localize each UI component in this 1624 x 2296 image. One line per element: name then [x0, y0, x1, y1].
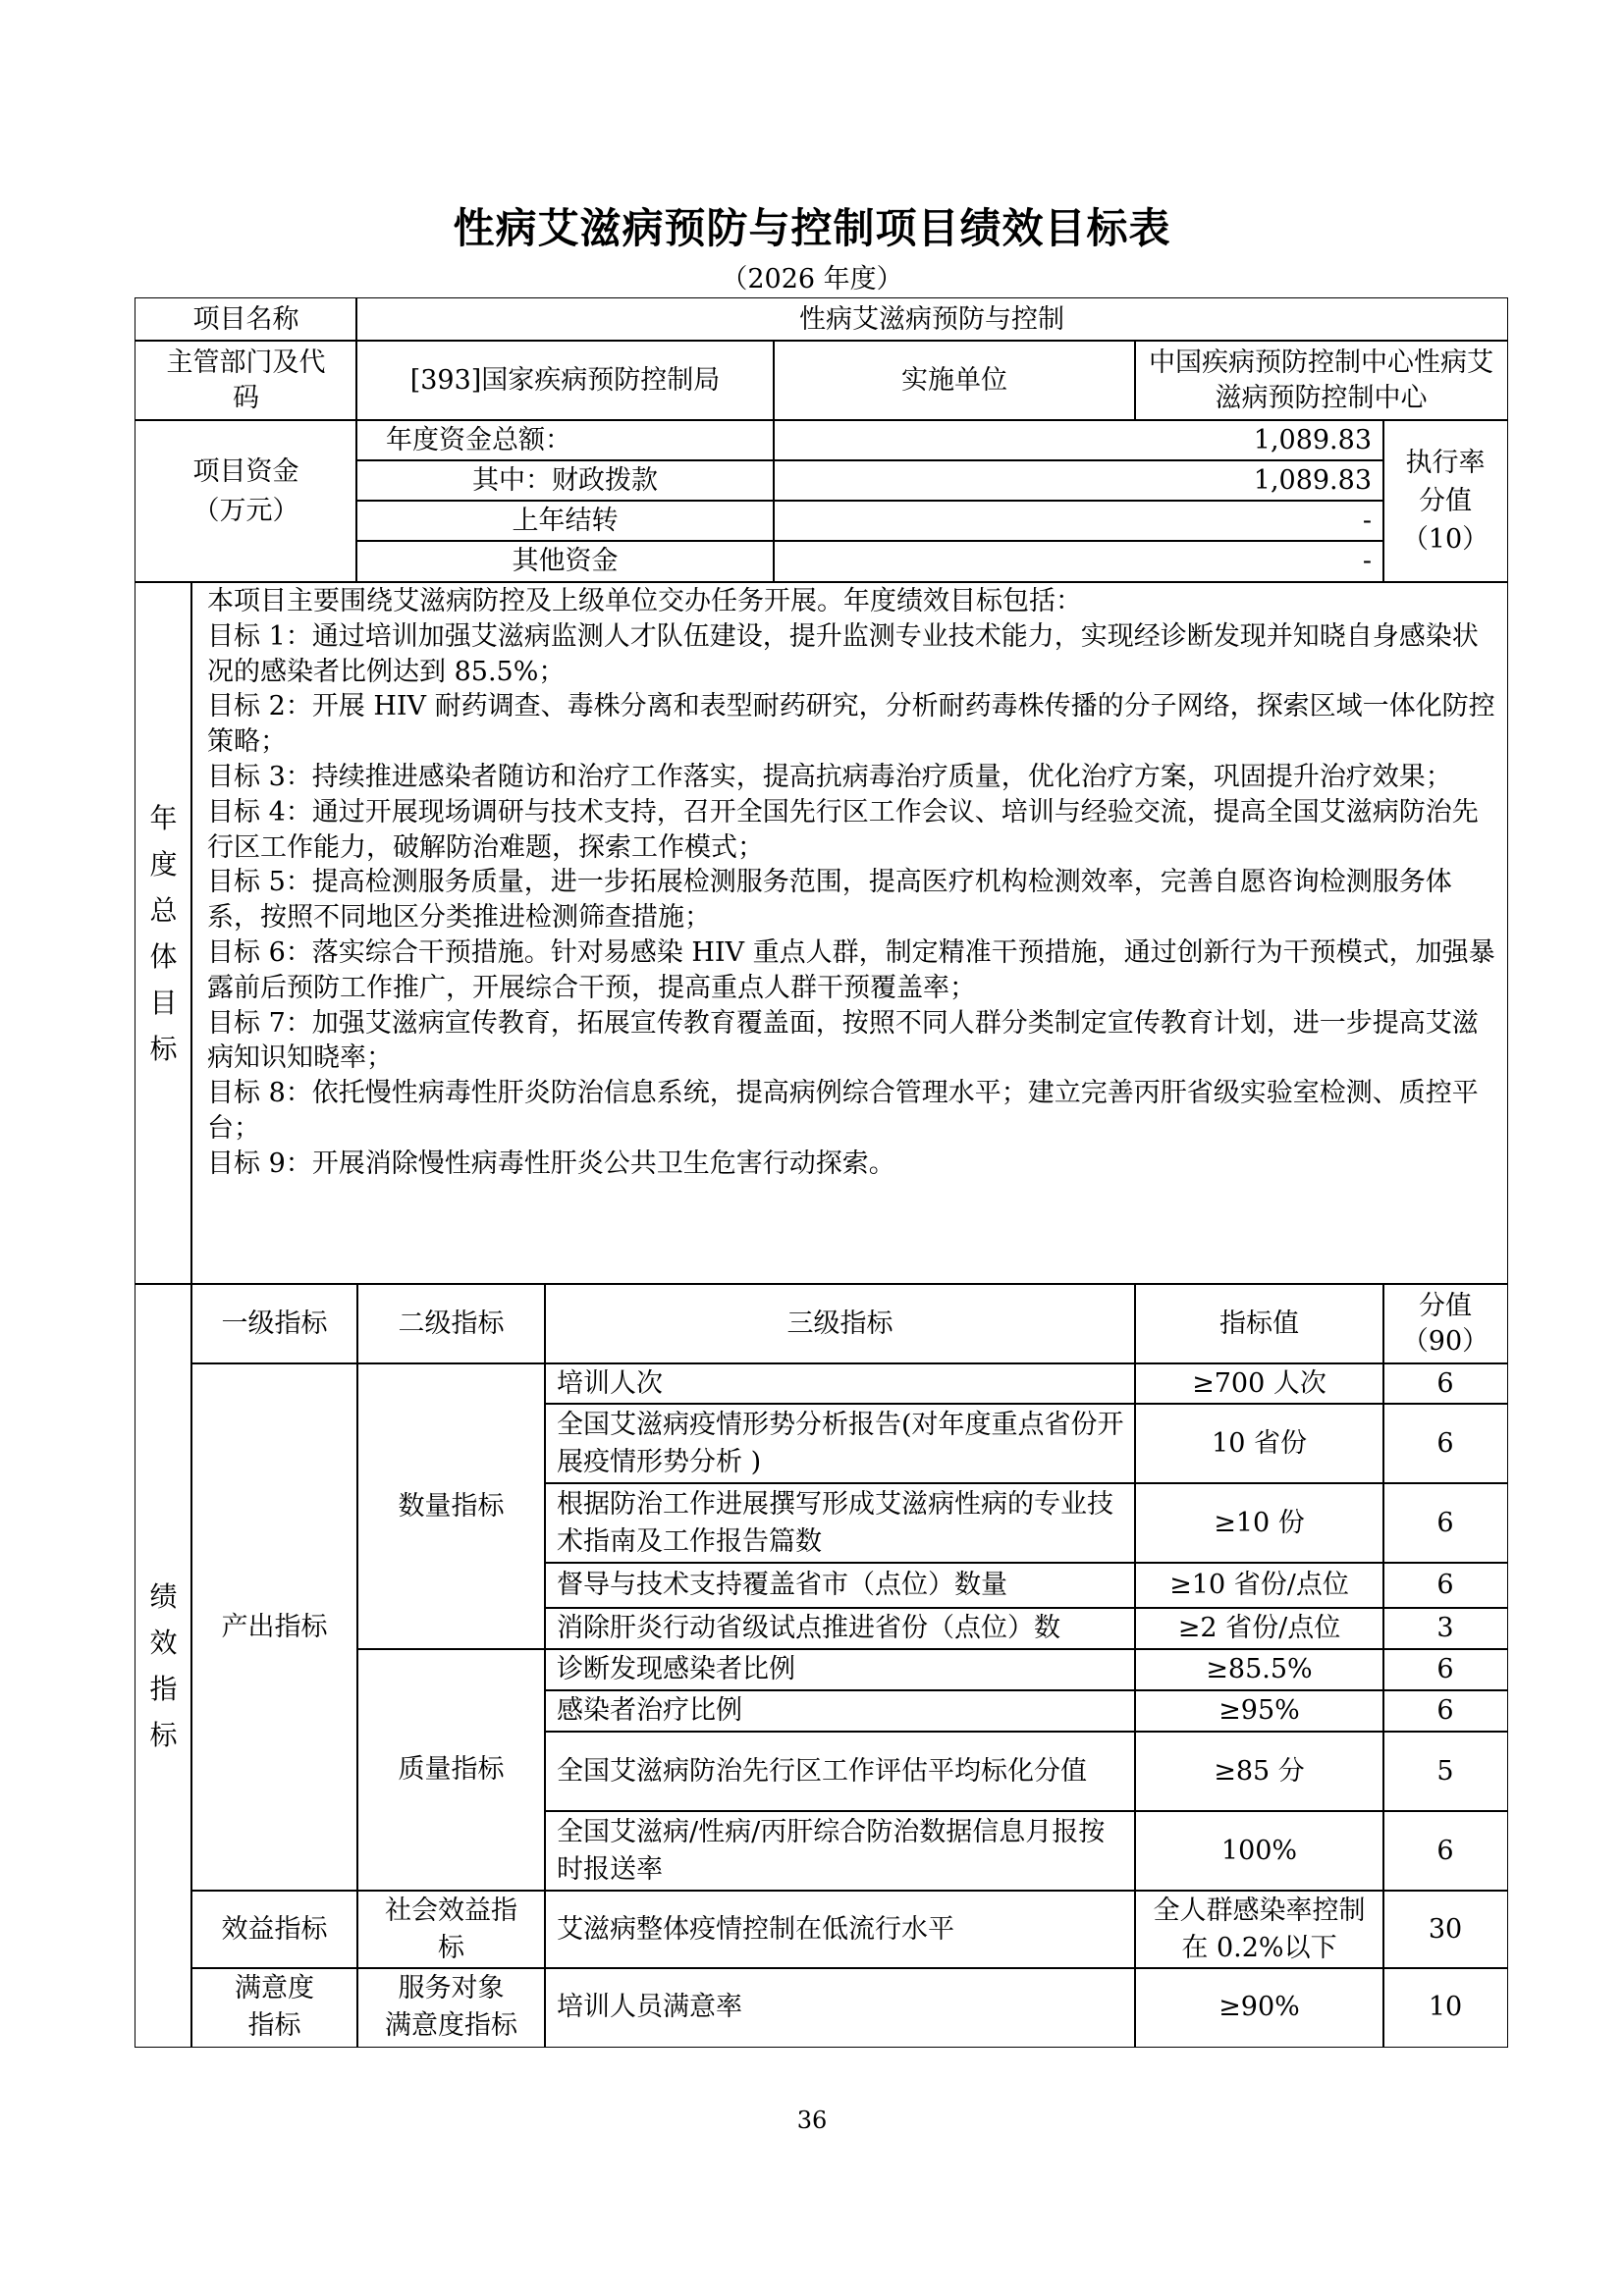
indicators-side-char: 绩 [149, 1574, 177, 1620]
funds-label: 项目资金 （万元） [135, 419, 357, 583]
goal-item: 目标 5：提高检测服务质量，进一步拓展检测服务范围，提高医疗机构检测效率，完善自… [207, 865, 1499, 935]
goals-side-char: 目 [149, 980, 177, 1026]
goal-item: 目标 3：持续推进感染者随访和治疗工作落实，提高抗病毒治疗质量，优化治疗方案，巩… [207, 760, 1499, 795]
indicators-side-char: 指 [149, 1666, 177, 1712]
indicator-name: 诊断发现感染者比例 [544, 1648, 1136, 1691]
level2-service-satisfaction-line2: 满意度指标 [385, 2007, 517, 2045]
level2-quantity: 数量指标 [356, 1362, 546, 1650]
page-number: 36 [0, 2107, 1624, 2134]
indicator-target: ≥700 人次 [1134, 1362, 1384, 1405]
indicator-name: 全国艾滋病防治先行区工作评估平均标化分值 [544, 1731, 1136, 1812]
indicator-target: ≥85 分 [1134, 1731, 1384, 1812]
indicator-target: 全人群感染率控制在 0.2%以下 [1134, 1890, 1384, 1969]
indicator-name: 全国艾滋病疫情形势分析报告(对年度重点省份开展疫情形势分析 ) [544, 1403, 1136, 1484]
level1-satisfaction: 满意度 指标 [190, 1967, 358, 2048]
indicator-score: 6 [1382, 1562, 1508, 1609]
header-score-line1: 分值 [1419, 1289, 1472, 1324]
indicator-target: ≥10 省份/点位 [1134, 1562, 1384, 1609]
impl-unit-value: 中国疾病预防控制中心性病艾滋病预防控制中心 [1134, 340, 1508, 421]
header-target: 指标值 [1134, 1283, 1384, 1364]
funds-row-label: 其中：财政拨款 [355, 459, 775, 502]
project-name-value: 性病艾滋病预防与控制 [355, 297, 1508, 342]
header-level3: 三级指标 [544, 1283, 1136, 1364]
level2-social-benefit: 社会效益指标 [356, 1890, 546, 1969]
dept-value: [393]国家疾病预防控制局 [355, 340, 775, 421]
goals-intro: 本项目主要围绕艾滋病防控及上级单位交办任务开展。年度绩效目标包括： [207, 584, 1499, 619]
funds-row-label: 年度资金总额： [355, 419, 775, 461]
indicator-name: 督导与技术支持覆盖省市（点位）数量 [544, 1562, 1136, 1609]
goal-item: 目标 4：通过开展现场调研与技术支持，召开全国先行区工作会议、培训与经验交流，提… [207, 795, 1499, 866]
execution-rate-line2: 分值 [1419, 482, 1472, 520]
level2-service-satisfaction-line1: 服务对象 [399, 1970, 505, 2007]
indicator-target: ≥95% [1134, 1689, 1384, 1733]
indicator-score: 6 [1382, 1648, 1508, 1691]
indicator-name: 艾滋病整体疫情控制在低流行水平 [544, 1890, 1136, 1969]
goals-side-label: 年 度 总 体 目 标 [135, 581, 192, 1285]
dept-label: 主管部门及代码 [135, 340, 357, 421]
level1-output: 产出指标 [190, 1362, 358, 1892]
funds-label-line2: （万元） [193, 492, 299, 531]
funds-row-value: - [773, 540, 1384, 583]
indicators-side-char: 效 [149, 1620, 177, 1666]
level2-service-satisfaction: 服务对象 满意度指标 [356, 1967, 546, 2048]
header-score-line2: （90） [1402, 1324, 1489, 1360]
indicator-target: ≥2 省份/点位 [1134, 1607, 1384, 1650]
indicator-target: 10 省份 [1134, 1403, 1384, 1484]
level1-satisfaction-line2: 指标 [248, 2007, 301, 2045]
goals-side-char: 度 [149, 841, 177, 887]
execution-rate-line3: （10） [1402, 520, 1489, 559]
annual-goals-text: 本项目主要围绕艾滋病防控及上级单位交办任务开展。年度绩效目标包括： 目标 1：通… [190, 581, 1508, 1285]
indicator-target: ≥85.5% [1134, 1648, 1384, 1691]
header-score: 分值 （90） [1382, 1283, 1508, 1364]
funds-row-value: - [773, 500, 1384, 542]
impl-unit-label: 实施单位 [773, 340, 1136, 421]
indicator-score: 6 [1382, 1482, 1508, 1564]
funds-label-line1: 项目资金 [193, 453, 299, 492]
indicator-target: 100% [1134, 1810, 1384, 1892]
goals-side-char: 总 [149, 887, 177, 934]
level1-satisfaction-line1: 满意度 [235, 1970, 314, 2007]
project-name-label: 项目名称 [135, 297, 357, 342]
level2-social-benefit-text: 社会效益指标 [373, 1893, 529, 1967]
indicators-side-char: 标 [149, 1712, 177, 1758]
funds-row-label: 上年结转 [355, 500, 775, 542]
indicator-score: 30 [1382, 1890, 1508, 1969]
indicator-name: 全国艾滋病/性病/丙肝综合防治数据信息月报按时报送率 [544, 1810, 1136, 1892]
goal-item: 目标 2：开展 HIV 耐药调查、毒株分离和表型耐药研究，分析耐药毒株传播的分子… [207, 689, 1499, 760]
indicator-score: 6 [1382, 1689, 1508, 1733]
level1-benefit: 效益指标 [190, 1890, 358, 1969]
page-subtitle: （2026 年度） [0, 257, 1624, 295]
page-title: 性病艾滋病预防与控制项目绩效目标表 [0, 196, 1624, 255]
execution-rate-score: 执行率 分值 （10） [1382, 419, 1508, 583]
funds-row-value: 1,089.83 [773, 419, 1384, 461]
goals-side-char: 标 [149, 1026, 177, 1072]
indicator-target-text: 全人群感染率控制在 0.2%以下 [1149, 1893, 1370, 1967]
indicator-score: 6 [1382, 1810, 1508, 1892]
funds-row-value: 1,089.83 [773, 459, 1384, 502]
indicator-score: 5 [1382, 1731, 1508, 1812]
header-level1: 一级指标 [190, 1283, 358, 1364]
goal-item: 目标 9：开展消除慢性病毒性肝炎公共卫生危害行动探索。 [207, 1147, 1499, 1182]
indicator-name: 培训人员满意率 [544, 1967, 1136, 2048]
indicator-target: ≥90% [1134, 1967, 1384, 2048]
level2-quality: 质量指标 [356, 1648, 546, 1892]
dept-label-text: 主管部门及代码 [155, 346, 337, 416]
indicator-score: 6 [1382, 1362, 1508, 1405]
goal-item: 目标 7：加强艾滋病宣传教育，拓展宣传教育覆盖面，按照不同人群分类制定宣传教育计… [207, 1006, 1499, 1077]
indicator-name: 感染者治疗比例 [544, 1689, 1136, 1733]
execution-rate-line1: 执行率 [1406, 444, 1486, 482]
indicator-score: 10 [1382, 1967, 1508, 2048]
indicator-score: 6 [1382, 1403, 1508, 1484]
header-level2: 二级指标 [356, 1283, 546, 1364]
goal-item: 目标 6：落实综合干预措施。针对易感染 HIV 重点人群，制定精准干预措施，通过… [207, 935, 1499, 1006]
goal-item: 目标 8：依托慢性病毒性肝炎防治信息系统，提高病例综合管理水平；建立完善丙肝省级… [207, 1076, 1499, 1147]
goals-side-char: 体 [149, 934, 177, 980]
impl-unit-value-text: 中国疾病预防控制中心性病艾滋病预防控制中心 [1149, 346, 1493, 416]
indicator-name: 培训人次 [544, 1362, 1136, 1405]
goal-item: 目标 1：通过培训加强艾滋病监测人才队伍建设，提升监测专业技术能力，实现经诊断发… [207, 619, 1499, 690]
goals-side-char: 年 [149, 795, 177, 841]
indicators-side-label: 绩 效 指 标 [135, 1283, 192, 2048]
indicator-target: ≥10 份 [1134, 1482, 1384, 1564]
funds-row-label: 其他资金 [355, 540, 775, 583]
indicator-score: 3 [1382, 1607, 1508, 1650]
indicator-name: 根据防治工作进展撰写形成艾滋病性病的专业技术指南及工作报告篇数 [544, 1482, 1136, 1564]
indicator-name: 消除肝炎行动省级试点推进省份（点位）数 [544, 1607, 1136, 1650]
